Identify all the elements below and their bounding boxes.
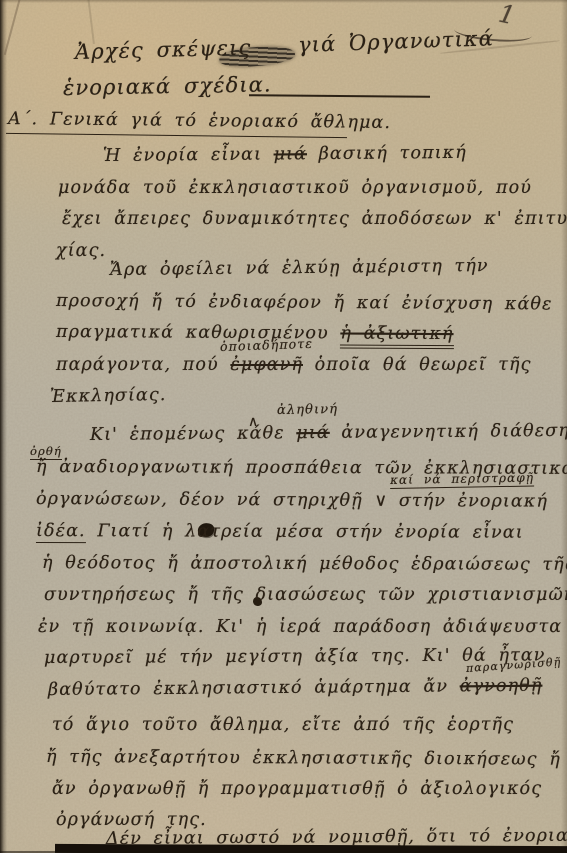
top-edge-shadow [0,0,567,3]
title-rule [249,94,430,98]
manuscript-line: βαθύτατο ἐκκλησιαστικό ἁμάρτημα ἄν ἀγνοη… [48,676,543,700]
manuscript-line: ἐν τῇ κοινωνίᾳ. Κι' ἡ ἱερά παράδοση ἀδιά… [38,617,562,637]
handwriting-text: Α΄. Γενικά γιά τό ἑνοριακό ἄθλημα. [8,109,391,133]
handwriting-text: Ἄρα ὀφείλει νά ἑλκύῃ ἀμέριστη τήν [110,256,489,280]
handwriting-text: ὀργανώσεων, δέον νά στηριχθῇ [36,489,375,511]
handwriting-text: ἤ τῆς ἀνεξαρτήτου ἐκκλησιαστικῆς διοικήσ… [46,747,567,770]
handwriting-text: τό ἅγιο τοῦτο ἄθλημα, εἴτε ἀπό τῆς ἑορτῆ… [52,715,514,735]
handwriting-text: ἀναγεννητική διάθεση [330,421,567,443]
handwriting-text: βασική τοπική [307,143,467,164]
crease-line [87,0,95,44]
handwriting-text: Ἡ ἐνορία εἶναι [103,145,274,166]
manuscript-line: Ἡ ἐνορία εἶναι μιά βασική τοπική [103,143,467,166]
handwriting-text: ὀργάνωσή της. [56,810,207,830]
handwriting-text: Δέν εἶναι σωστό νά νομισθῇ, ὅτι τό ἐνορι… [106,826,567,849]
handwriting-text: μονάδα τοῦ ἐκκλησιαστικοῦ ὀργανισμοῦ, πο… [58,178,532,198]
title-line-1-left: Ἀρχές σκέψεις [75,35,252,64]
page-number: 1 [496,0,518,30]
section-heading: Α΄. Γενικά γιά τό ἑνοριακό ἄθλημα. [8,109,391,133]
interlinear-insertion: καί νά περιστραφῇ [390,470,534,487]
handwriting-text: ἄν ὀργανωθῇ ἤ προγραμματισθῇ ὁ ἀξιολογικ… [52,779,542,799]
handwriting-caret: ∨ [374,491,387,511]
handwriting-underline: καί νά περιστραφῇ [390,470,534,489]
handwriting-text: γιά Ὀργανωτικά [298,26,495,57]
manuscript-line: μονάδα τοῦ ἐκκλησιαστικοῦ ὀργανισμοῦ, πο… [58,178,532,198]
handwriting-text: ὁποιαδήποτε [220,336,314,354]
manuscript-line: ἄν ὀργανωθῇ ἤ προγραμματισθῇ ὁ ἀξιολογικ… [52,779,542,799]
crease-line [4,0,22,55]
handwriting-text: συντηρήσεως ἤ τῆς διασώσεως τῶν χριστιαν… [44,585,567,605]
manuscript-line: συντηρήσεως ἤ τῆς διασώσεως τῶν χριστιαν… [44,585,567,605]
handwriting-text: προσοχή ἤ τό ἐνδιαφέρον ἤ καί ἐνίσχυση κ… [56,291,553,314]
manuscript-line: Δέν εἶναι σωστό νά νομισθῇ, ὅτι τό ἐνορι… [106,826,567,849]
manuscript-line: ἔχει ἄπειρες δυναμικότητες ἀποδόσεων κ' … [62,209,567,229]
manuscript-line: ἡ θεόδοτος ἤ ἀποστολική μέθοδος ἑδραιώσε… [42,553,567,575]
handwriting-text: βαθύτατο ἐκκλησιαστικό ἁμάρτημα ἄν [48,676,460,700]
manuscript-line: ἤ τῆς ἀνεξαρτήτου ἐκκλησιαστικῆς διοικήσ… [46,747,567,770]
handwriting-underline: ἰδέα. [36,521,86,543]
manuscript-line: Ἄρα ὀφείλει νά ἑλκύῃ ἀμέριστη τήν [110,256,489,280]
manuscript-page: 1 Ἀρχές σκέψειςγιά Ὀργανωτικάἑνοριακά σχ… [0,0,567,853]
interlinear-insertion: ὀρθή [30,444,62,458]
handwriting-struck: ἐμφανῆ [230,355,303,375]
handwriting-text: Γιατί ἡ λατρεία μέσα στήν ἐνορία εἶναι [86,521,524,543]
manuscript-line: τό ἅγιο τοῦτο ἄθλημα, εἴτε ἀπό τῆς ἑορτῆ… [52,715,514,735]
handwriting-struck: ἀγνοηθῇ [460,676,543,697]
handwriting-text: χίας. [56,241,106,261]
manuscript-line: ἰδέα. Γιατί ἡ λατρεία μέσα στήν ἐνορία ε… [36,521,524,543]
handwriting-struck: μιά [296,423,330,443]
handwriting-text: ἑνοριακά σχέδια. [63,72,272,100]
handwriting-text: ἀληθινή [277,402,338,418]
manuscript-line: Ἐκκλησίας. [50,385,167,407]
title-line-2: ἑνοριακά σχέδια. [63,72,272,100]
heading-underline [6,133,347,138]
left-edge-shadow [0,0,7,853]
handwriting-text: παράγοντα, πού [56,355,230,375]
manuscript-line: παράγοντα, πού ἐμφανῆ ὁποῖα θά θεωρεῖ τῆ… [56,355,532,375]
title-line-1-right: γιά Ὀργανωτικά [298,26,495,57]
manuscript-line: ὀργάνωσή της. [56,810,207,830]
interlinear-insertion: ἀληθινή [277,402,338,418]
handwriting-struck: μιά [274,144,308,164]
handwriting-text: Ἐκκλησίας. [50,385,167,407]
handwriting-text: Ἀρχές σκέψεις [75,35,252,64]
manuscript-line: χίας. [56,241,106,261]
interlinear-insertion: ὁποιαδήποτε [220,336,314,354]
handwriting-struckdbl: ἡ ἀξιωτική [340,323,453,349]
handwriting-text: ὁποῖα θά θεωρεῖ τῆς [303,355,532,375]
handwriting-text: ἐν τῇ κοινωνίᾳ. Κι' ἡ ἱερά παράδοση ἀδιά… [38,617,562,637]
handwriting-text: ἔχει ἄπειρες δυναμικότητες ἀποδόσεων κ' … [62,209,567,229]
manuscript-line: Κι' ἑπομένως κάθε μιά ἀναγεννητική διάθε… [90,421,567,445]
manuscript-line: προσοχή ἤ τό ἐνδιαφέρον ἤ καί ἐνίσχυση κ… [56,291,553,314]
handwriting-text: ἡ θεόδοτος ἤ ἀποστολική μέθοδος ἑδραιώσε… [42,553,567,575]
manuscript-line: ὀργανώσεων, δέον νά στηριχθῇ ∨ στήν ἐνορ… [36,489,548,512]
handwriting-text: Κι' ἑπομένως κάθε [90,423,297,445]
handwriting-text: στήν ἐνοριακή [387,491,548,512]
